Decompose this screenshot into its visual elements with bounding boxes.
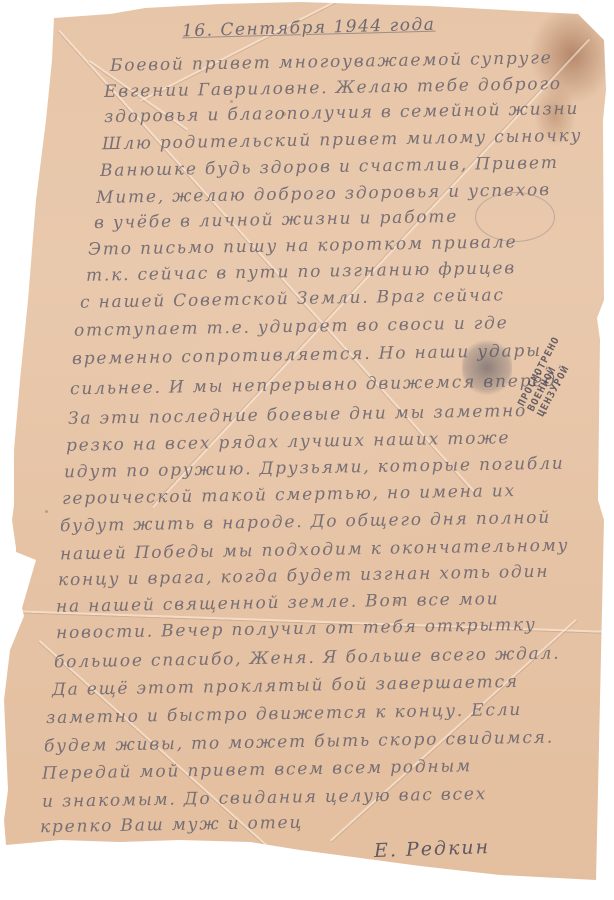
letter-line: с нашей Советской Земли. Враг сейчас	[80, 285, 505, 312]
letter-line: Шлю родительский привет милому сыночку	[102, 126, 582, 154]
letter-line: Мите, желаю доброго здоровья и успехов	[96, 180, 551, 208]
letter-line: заметно и быстро движется к концу. Если	[46, 700, 522, 728]
letter-line: здоровья и благополучия в семейной жизни	[104, 99, 580, 127]
censor-stamp-emblem	[462, 340, 512, 395]
letter-line: идут по оружию. Друзьями, которые погибл…	[64, 454, 565, 483]
censor-stamp-text: ПРОСМОТРЕНО ВОЕННОЙ ЦЕНЗУРОЙ	[516, 335, 581, 419]
letter-line: будем живы, то может быть скоро свидимся…	[44, 728, 554, 757]
letter-line: героической такой смертью, но имена их	[62, 481, 516, 509]
letter-line: новости. Вечер получил от тебя открытку	[56, 615, 537, 643]
letter-line: За эти последние боевые дни мы заметно	[68, 401, 527, 429]
letter-line: резко на всех рядах лучших наших тоже	[66, 428, 511, 456]
letter-line: на нашей священной земле. Вот все мои	[56, 589, 500, 617]
letter-line: т.к. сейчас в пути по изгнанию фрицев	[86, 258, 516, 286]
letter-line: крепко Ваш муж и отец	[40, 813, 303, 838]
letter-line: Передай мой привет всем всем родным	[42, 756, 472, 784]
letter-line: в учёбе в личной жизни и работе	[94, 207, 458, 233]
letter-line: Это письмо пишу на коротком привале	[88, 232, 518, 259]
letter-line: Да ещё этот проклятый бой завершается	[52, 672, 519, 700]
letter-line: будут жить в народе. До общего дня полно…	[60, 508, 551, 537]
letter-body: Боевой привет многоуважаемой супруге Евг…	[0, 0, 614, 900]
letter-line: Ванюшке будь здоров и счастлив, Привет	[100, 153, 559, 181]
author-signature: Е. Редкин	[374, 836, 491, 862]
letter-line: большое спасибо, Женя. Я больше всего жд…	[54, 644, 561, 673]
letter-line: Боевой привет многоуважаемой супруге	[110, 48, 553, 76]
letter-line: и знакомым. До свидания целую вас всех	[42, 784, 487, 812]
letter-line: концу и врага, когда будет изгнан хоть о…	[58, 562, 550, 591]
letter-line: Евгении Гавриловне. Желаю тебе доброго	[104, 74, 562, 102]
military-censor-stamp: ПРОСМОТРЕНО ВОЕННОЙ ЦЕНЗУРОЙ	[462, 336, 592, 416]
letter-line: отступает т.е. удирает во своси и где	[74, 313, 509, 341]
scanned-letter-page: 16. Сентября 1944 года Боевой привет мно…	[0, 0, 614, 900]
letter-line: нашей Победы мы подходим к окончательном…	[60, 536, 570, 565]
